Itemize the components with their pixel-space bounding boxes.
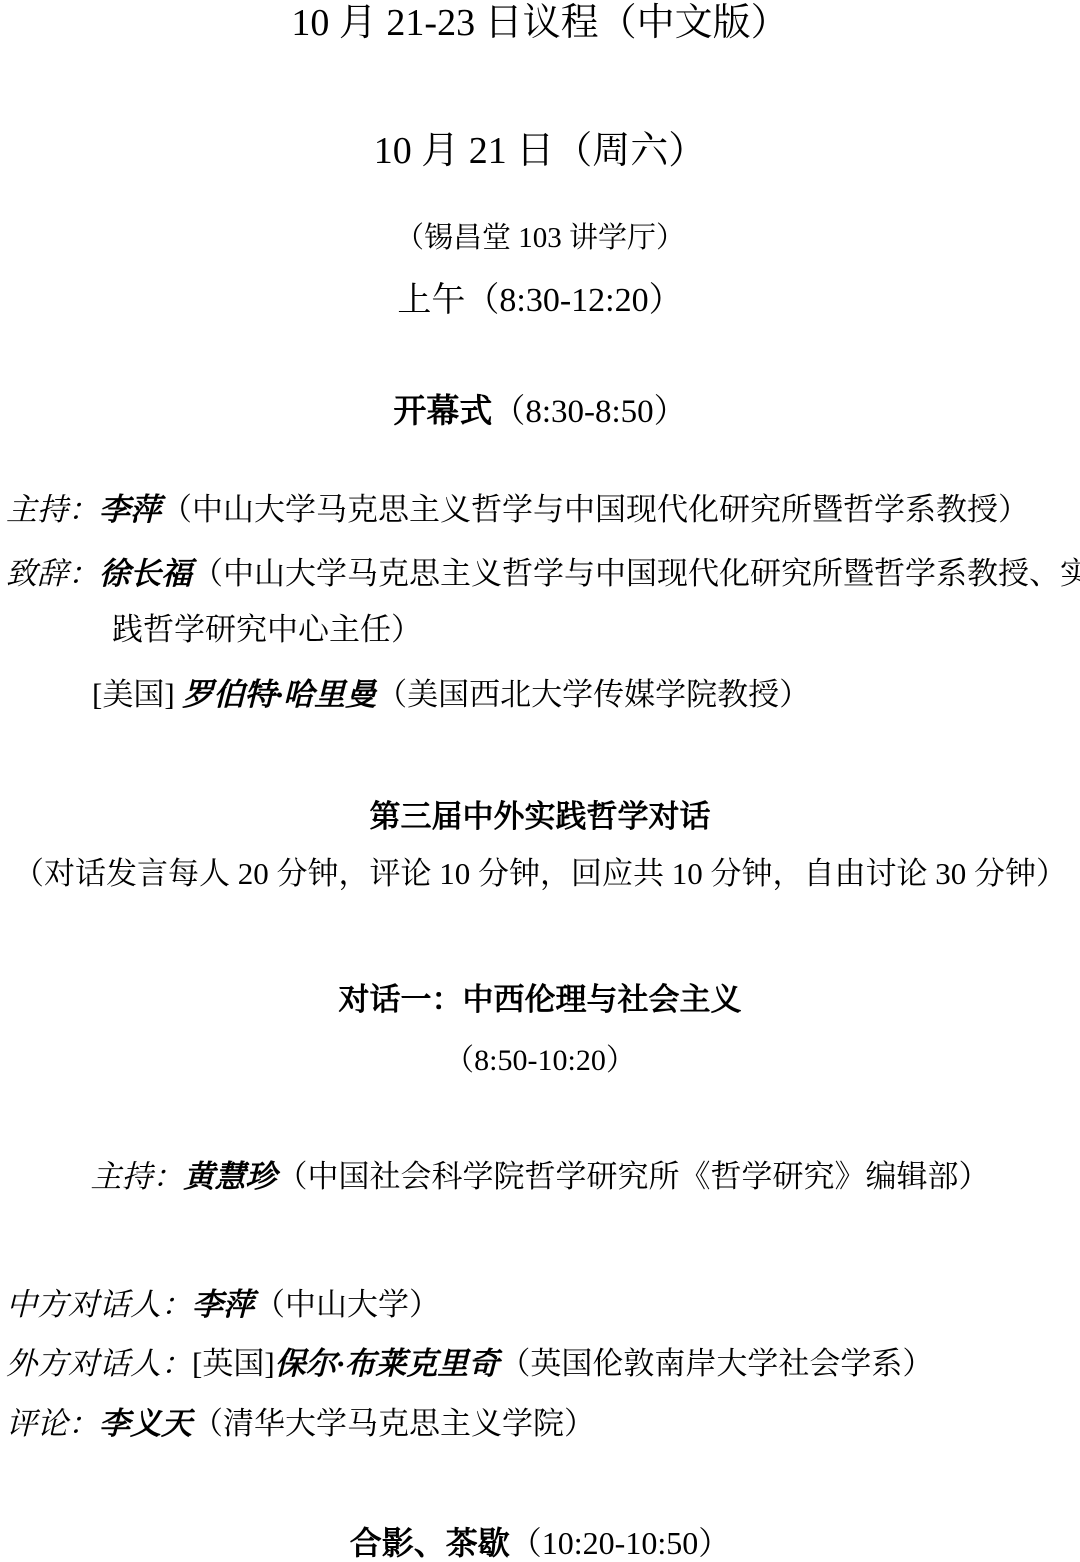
opening-speech-name: 徐长福 — [99, 556, 192, 591]
opening-host-affiliation: （中山大学马克思主义哲学与中国现代化研究所暨哲学系教授） — [161, 492, 1029, 527]
doc-title: 10 月 21-23 日议程（中文版） — [0, 1, 1080, 47]
opening-host-label: 主持： — [6, 492, 99, 527]
dialogue1-host-label: 主持： — [91, 1159, 184, 1194]
photo-break-line: 合影、茶歇（10:20-10:50） — [0, 1524, 1080, 1562]
opening-speech-label: 致辞： — [6, 556, 99, 591]
photo-break-time: （10:20-10:50） — [510, 1525, 730, 1561]
opening-speech-line-1: 致辞：徐长福（中山大学马克思主义哲学与中国现代化研究所暨哲学系教授、实 — [6, 555, 1080, 592]
photo-break-title: 合影、茶歇 — [350, 1525, 510, 1561]
opening-host-name: 李萍 — [99, 492, 161, 527]
dialogue1-host-line: 主持：黄慧珍（中国社会科学院哲学研究所《哲学研究》编辑部） — [0, 1158, 1080, 1195]
dialogue1-host-affiliation: （中国社会科学院哲学研究所《哲学研究》编辑部） — [277, 1159, 990, 1194]
venue-line: （锡昌堂 103 讲学厅） — [0, 221, 1080, 256]
chinese-speaker-label: 中方对话人： — [6, 1287, 192, 1322]
agenda-page: 10 月 21-23 日议程（中文版） 10 月 21 日（周六） （锡昌堂 1… — [0, 0, 1080, 1562]
opening-speech-affiliation-part2: 践哲学研究中心主任） — [112, 612, 422, 647]
speaker2-country: [美国] — [92, 677, 182, 712]
day-heading: 10 月 21 日（周六） — [0, 129, 1080, 175]
opening-ceremony-title: 开幕式 — [393, 392, 492, 429]
commentator-affiliation: （清华大学马克思主义学院） — [192, 1406, 595, 1441]
forum-note: （对话发言每人 20 分钟，评论 10 分钟，回应共 10 分钟，自由讨论 30… — [0, 855, 1080, 892]
dialogue1-time: （8:50-10:20） — [0, 1043, 1080, 1079]
opening-ceremony-time: （8:30-8:50） — [492, 394, 686, 430]
commentator-label: 评论： — [6, 1406, 99, 1441]
foreign-speaker-affiliation: （英国伦敦南岸大学社会学系） — [499, 1346, 933, 1381]
chinese-speaker-affiliation: （中山大学） — [254, 1287, 440, 1322]
opening-ceremony-line: 开幕式（8:30-8:50） — [0, 391, 1080, 433]
chinese-speaker-line: 中方对话人：李萍（中山大学） — [6, 1286, 440, 1323]
opening-speech-affiliation-part1: （中山大学马克思主义哲学与中国现代化研究所暨哲学系教授、实 — [192, 556, 1080, 591]
opening-host-line: 主持：李萍（中山大学马克思主义哲学与中国现代化研究所暨哲学系教授） — [6, 491, 1029, 528]
foreign-speaker-line: 外方对话人：[英国]保尔·布莱克里奇（英国伦敦南岸大学社会学系） — [6, 1345, 933, 1382]
chinese-speaker-name: 李萍 — [192, 1287, 254, 1322]
dialogue1-title: 对话一：中西伦理与社会主义 — [0, 981, 1080, 1018]
foreign-speaker-country: [英国] — [192, 1346, 275, 1381]
dialogue1-host-name: 黄慧珍 — [184, 1159, 277, 1194]
forum-title: 第三届中外实践哲学对话 — [0, 798, 1080, 835]
morning-session-line: 上午（8:30-12:20） — [0, 281, 1080, 322]
commentator-line: 评论：李义天（清华大学马克思主义学院） — [6, 1405, 595, 1442]
opening-speech-speaker2-line: [美国] 罗伯特·哈里曼（美国西北大学传媒学院教授） — [92, 676, 810, 713]
foreign-speaker-name: 保尔·布莱克里奇 — [275, 1346, 500, 1381]
commentator-name: 李义天 — [99, 1406, 192, 1441]
opening-speech-line-2: 践哲学研究中心主任） — [112, 611, 422, 648]
foreign-speaker-label: 外方对话人： — [6, 1346, 192, 1381]
speaker2-affiliation: （美国西北大学传媒学院教授） — [376, 677, 810, 712]
speaker2-name: 罗伯特·哈里曼 — [182, 677, 376, 712]
